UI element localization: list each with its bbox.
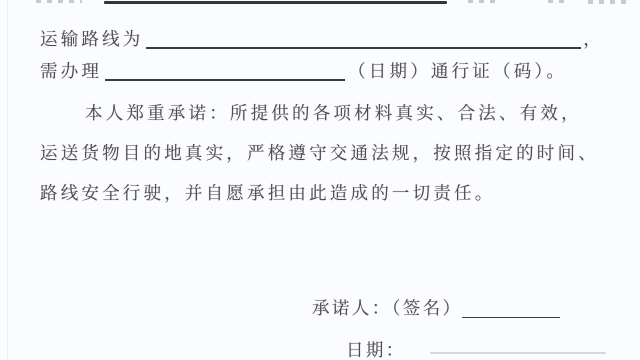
- route-line-prefix: 运输路线为: [40, 29, 144, 49]
- clipped-text-fragment: [36, 0, 82, 3]
- date-label: 日期：: [346, 340, 406, 360]
- paragraph-line-3: 路线安全行驶，并自愿承担由此造成的一切责任。: [40, 183, 495, 203]
- date-blank-field: [430, 352, 606, 354]
- paragraph-line-2: 运送货物目的地真实，严格遵守交通法规，按照指定的时间、: [40, 143, 599, 163]
- date-line: 日期：: [346, 340, 406, 360]
- route-blank-field: [146, 29, 582, 49]
- left-edge-divider: [7, 0, 8, 360]
- clipped-text-fragment: [548, 0, 564, 3]
- permit-blank-field: [105, 61, 345, 81]
- signature-blank-field: [462, 299, 560, 318]
- commitment-letter-page: 运输路线为 ， 需办理 （日期）通行证（码）。 本人郑重承诺：所提供的各项材料真…: [0, 0, 640, 360]
- route-line-suffix: ，: [583, 29, 604, 49]
- permit-line-prefix: 需办理: [40, 61, 102, 81]
- top-blank-field: [104, 1, 447, 4]
- paragraph-line-1: 本人郑重承诺：所提供的各项材料真实、合法、有效，: [85, 103, 582, 123]
- clipped-text-fragment: [468, 0, 500, 3]
- permit-line-suffix: （日期）通行证（码）。: [348, 61, 567, 81]
- permit-line: 需办理 （日期）通行证（码）。: [40, 61, 567, 81]
- route-line: 运输路线为 ，: [40, 29, 604, 49]
- signature-line: 承诺人：（签名）: [312, 298, 560, 318]
- signature-label: 承诺人：（签名）: [312, 298, 462, 318]
- clipped-text-fragment: [588, 0, 628, 4]
